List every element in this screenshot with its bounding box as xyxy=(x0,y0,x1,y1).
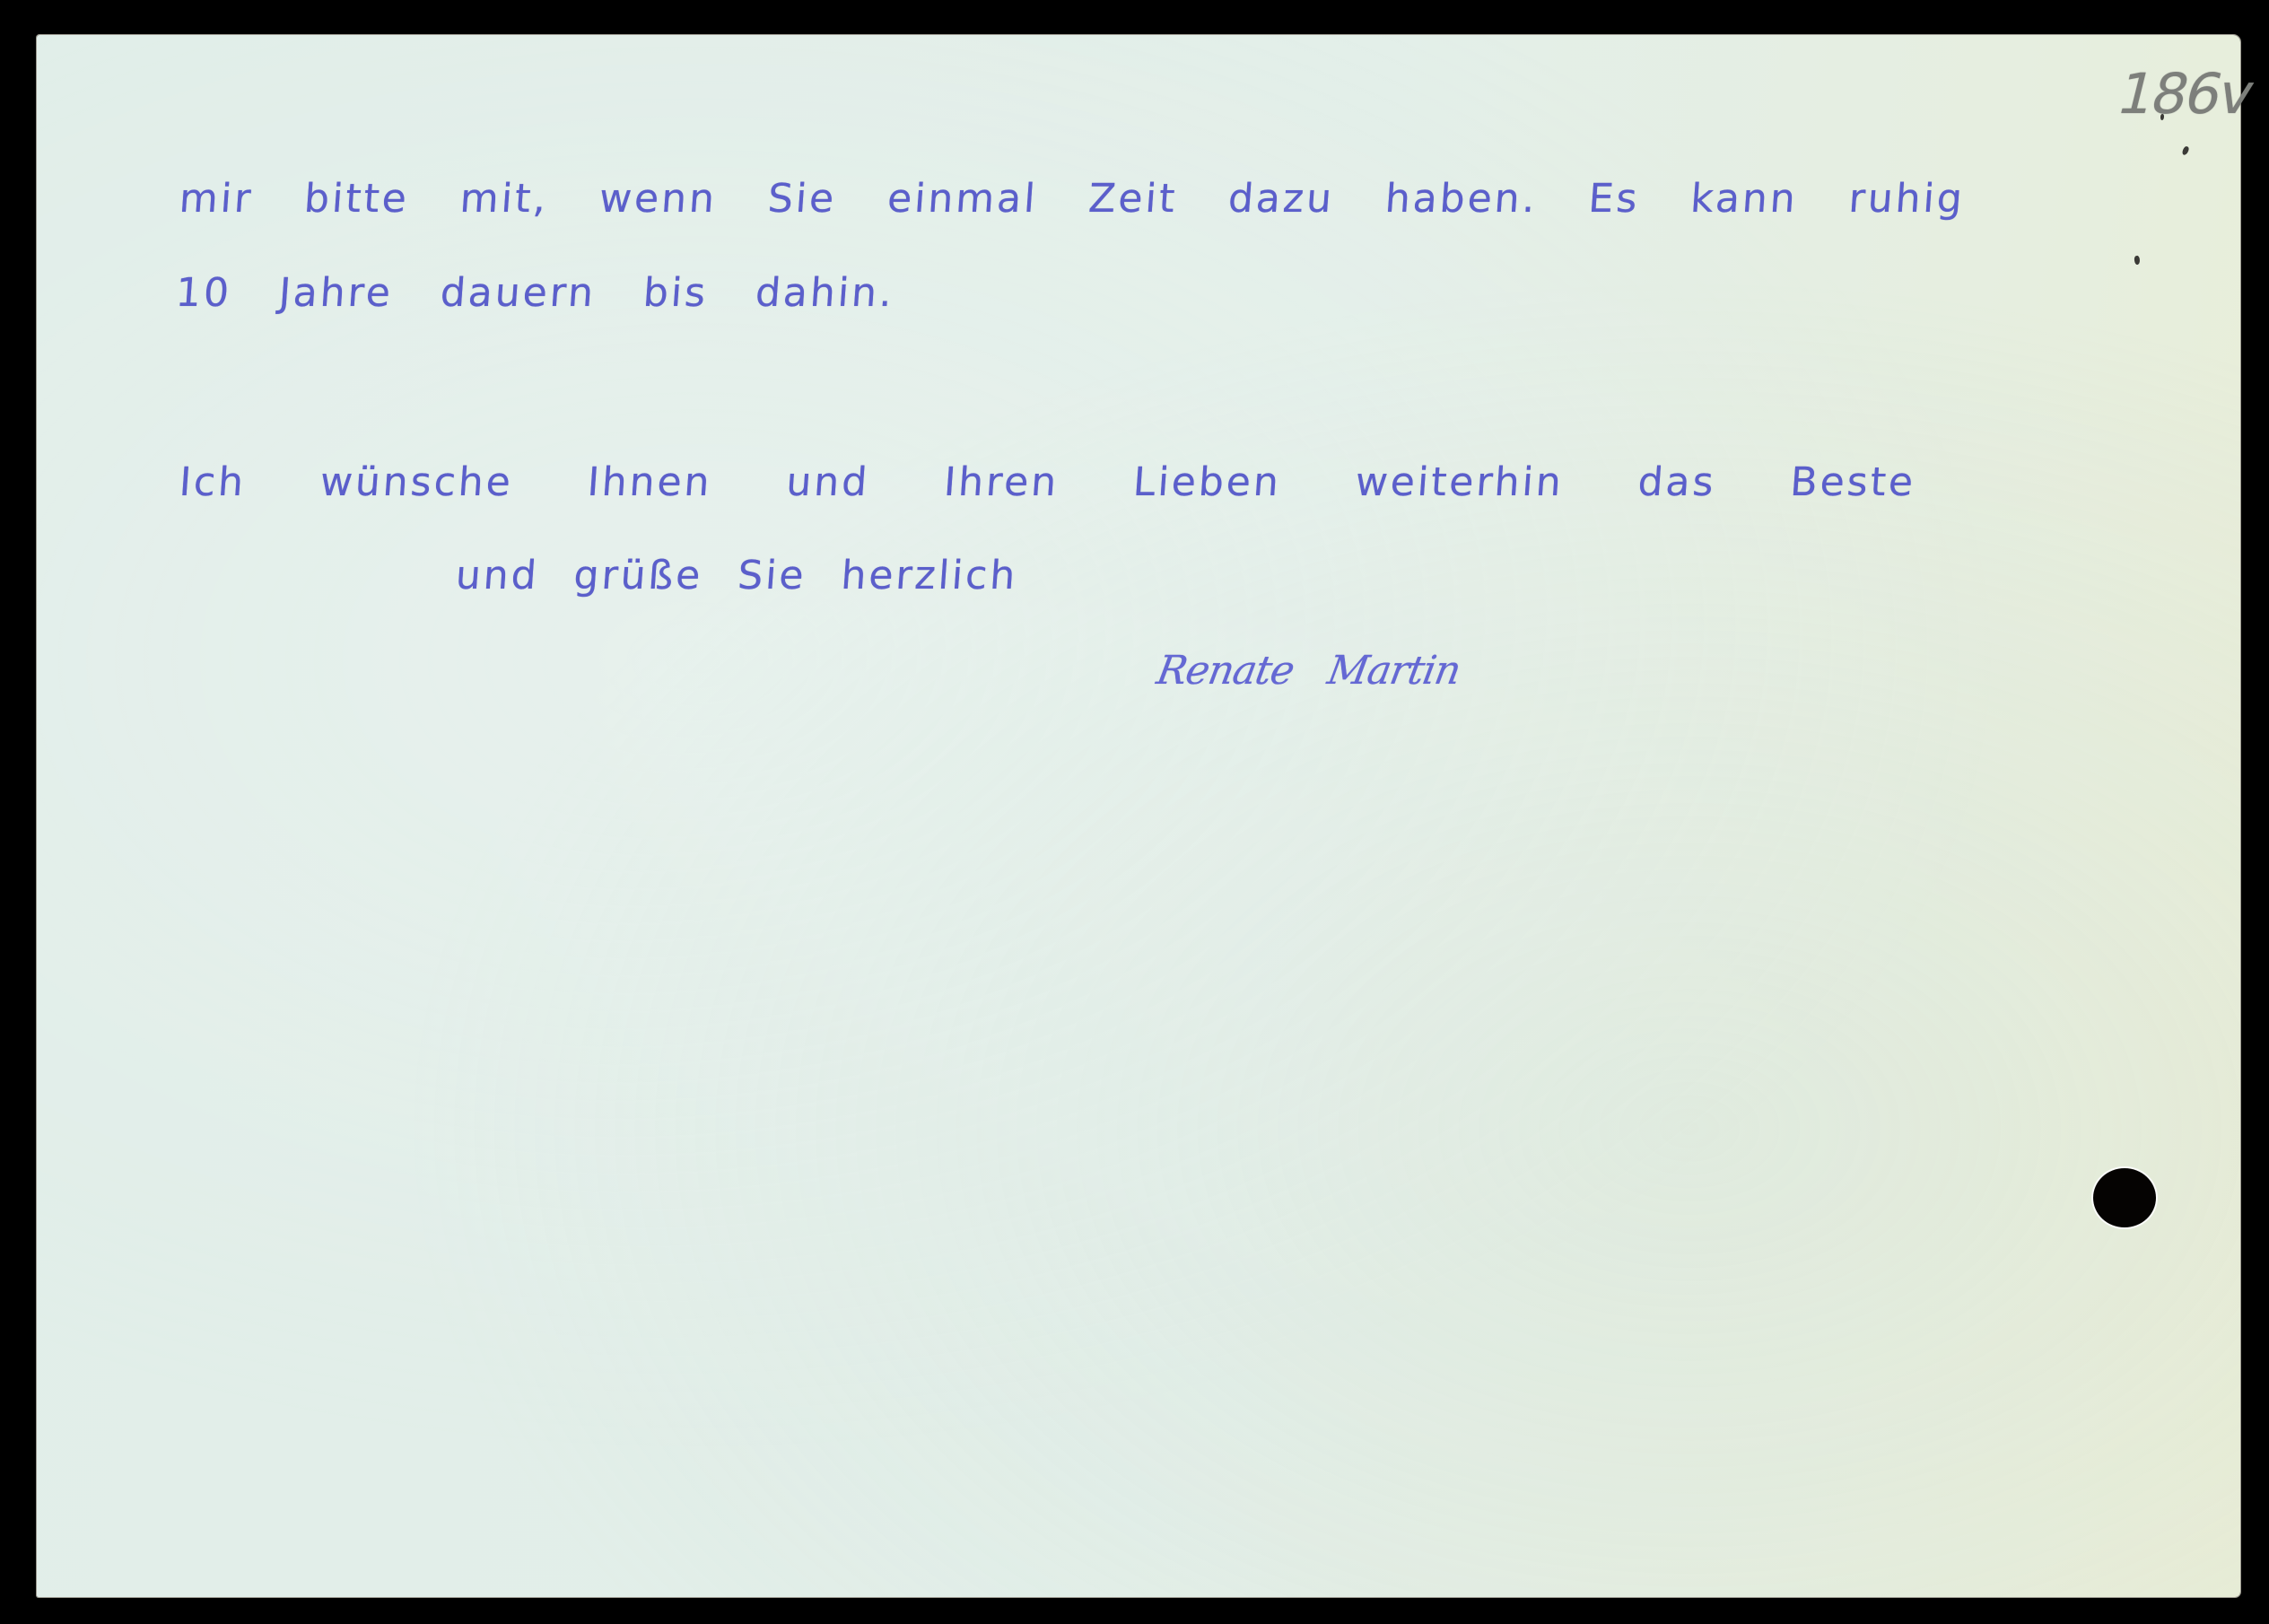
letter-line-2: 10 Jahre dauern bis dahin. xyxy=(174,270,896,316)
folio-number: 186v xyxy=(2111,61,2259,127)
signature: Renate Martin xyxy=(1154,648,1464,694)
letter-line-4: und grüße Sie herzlich xyxy=(454,553,1019,598)
letter-line-1: mir bitte mit, wenn Sie einmal Zeit dazu… xyxy=(178,176,1966,222)
hole-punch xyxy=(2093,1168,2156,1227)
letter-line-3: Ich wünsche Ihnen und Ihren Lieben weite… xyxy=(178,459,1917,505)
